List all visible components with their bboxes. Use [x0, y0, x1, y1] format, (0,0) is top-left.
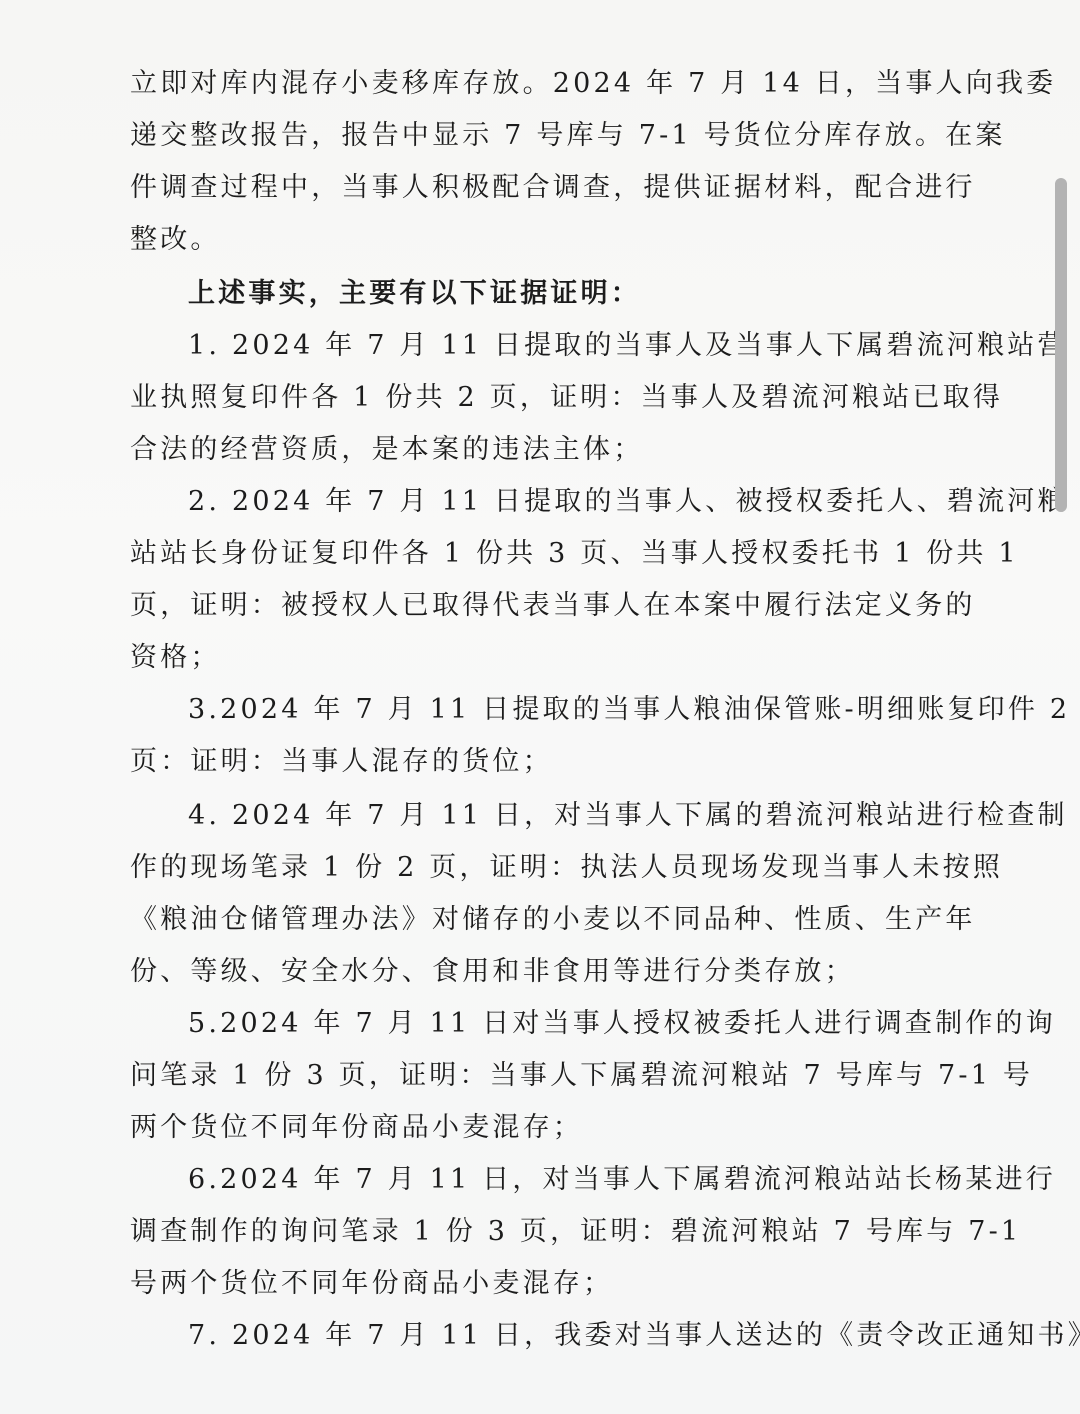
evidence-item-1: 1. 2024 年 7 月 11 日提取的当事人及当事人下属碧流河粮站营	[188, 320, 1068, 372]
evidence-item-4: 4. 2024 年 7 月 11 日，对当事人下属的碧流河粮站进行检查制	[188, 790, 1068, 842]
paragraph-line: 调查制作的询问笔录 1 份 3 页，证明：碧流河粮站 7 号库与 7-1	[130, 1206, 1021, 1258]
paragraph-line: 站站长身份证复印件各 1 份共 3 页、当事人授权委托书 1 份共 1	[130, 528, 1019, 580]
paragraph-line: 两个货位不同年份商品小麦混存；	[130, 1102, 583, 1154]
paragraph-line: 份、等级、安全水分、食用和非食用等进行分类存放；	[130, 946, 855, 998]
section-heading: 上述事实，主要有以下证据证明：	[188, 268, 641, 320]
evidence-item-3: 3.2024 年 7 月 11 日提取的当事人粮油保管账-明细账复印件 2	[188, 684, 1070, 736]
paragraph-line: 业执照复印件各 1 份共 2 页，证明：当事人及碧流河粮站已取得	[130, 372, 1003, 424]
paragraph-line: 合法的经营资质，是本案的违法主体；	[130, 424, 643, 476]
paragraph-line: 递交整改报告，报告中显示 7 号库与 7-1 号货位分库存放。在案	[130, 110, 1006, 162]
paragraph-line: 《粮油仓储管理办法》对储存的小麦以不同品种、性质、生产年	[130, 894, 976, 946]
vertical-scrollbar[interactable]	[1055, 178, 1067, 512]
paragraph-line: 资格；	[130, 632, 221, 684]
evidence-item-5: 5.2024 年 7 月 11 日对当事人授权被委托人进行调查制作的询	[188, 998, 1056, 1050]
evidence-item-7: 7. 2024 年 7 月 11 日，我委对当事人送达的《责令改正通知书》	[188, 1310, 1080, 1362]
evidence-item-2: 2. 2024 年 7 月 11 日提取的当事人、被授权委托人、碧流河粮	[188, 476, 1068, 528]
evidence-item-6: 6.2024 年 7 月 11 日，对当事人下属碧流河粮站站长杨某进行	[188, 1154, 1056, 1206]
document-page: 立即对库内混存小麦移库存放。2024 年 7 月 14 日，当事人向我委 递交整…	[0, 0, 1080, 1414]
paragraph-line: 整改。	[130, 214, 221, 266]
paragraph-line: 号两个货位不同年份商品小麦混存；	[130, 1258, 613, 1310]
paragraph-line: 页，证明：被授权人已取得代表当事人在本案中履行法定义务的	[130, 580, 976, 632]
paragraph-line: 作的现场笔录 1 份 2 页，证明：执法人员现场发现当事人未按照	[130, 842, 1003, 894]
paragraph-line: 立即对库内混存小麦移库存放。2024 年 7 月 14 日，当事人向我委	[130, 58, 1056, 110]
paragraph-line: 页：证明：当事人混存的货位；	[130, 736, 553, 788]
paragraph-line: 问笔录 1 份 3 页，证明：当事人下属碧流河粮站 7 号库与 7-1 号	[130, 1050, 1033, 1102]
paragraph-line: 件调查过程中，当事人积极配合调查，提供证据材料，配合进行	[130, 162, 976, 214]
